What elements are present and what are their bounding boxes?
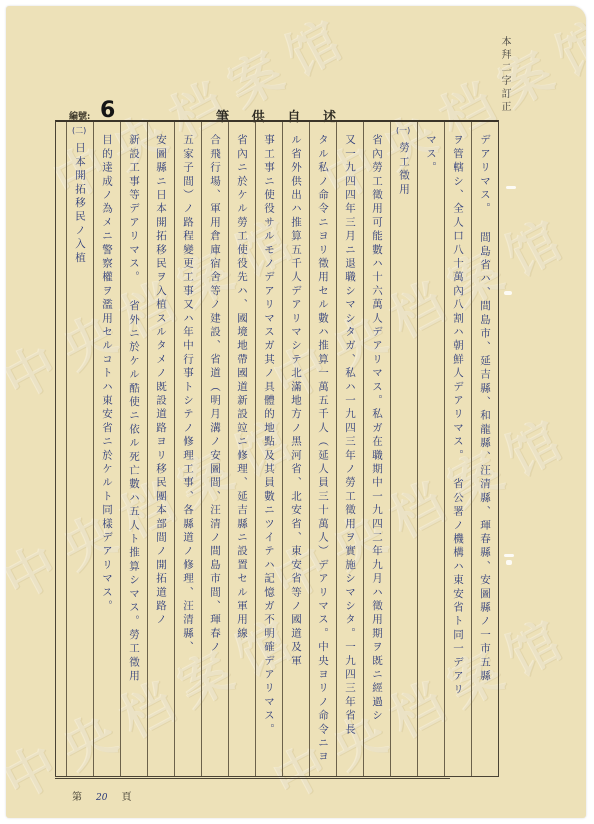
- document-sheet: 中央档案馆 中央档案馆 中央档案馆 中央档案馆 中央档案馆 中央档案馆 中央档案…: [6, 6, 586, 818]
- text-column: デアリマス。 間島省ハ、間島市、延吉縣、和龍縣、汪清縣、琿春縣、安圖縣ノ一市五縣: [471, 122, 498, 776]
- column-text: 省內勞工徵用可能數ハ十六萬人デアリマス。私ガ在職期中一九四二年九月ハ徵用期ヲ既ニ…: [364, 134, 390, 723]
- section-marker: (一): [396, 125, 410, 136]
- column-text: 新設工事等デアリマス。 省外ニ於ケル酷使ニ依ル死亡數ハ五人ト推算シマス。勞工徵用: [121, 134, 147, 684]
- text-column: ヲ管轄シ、全人口八十萬內八割ハ朝鮮人デアリマス。 省公署ノ機構ハ東安省ト同一デア…: [444, 122, 471, 776]
- text-column: 合飛行場、軍用倉庫宿舍等ノ建設、省道（明月溝ノ安圖間、汪清ノ間島市間、琿春ノ: [201, 122, 228, 776]
- column-text: 目的達成ノ為メニ警察權ヲ濫用セルコトハ東安省ニ於ケルト同樣デアリマス。: [94, 134, 120, 614]
- text-column: 事工事ニ使役サルモノデアリマスガ其ノ具體的地點及其員數ニツイテハ記憶ガ不明確デア…: [255, 122, 282, 776]
- corner-annotation: 本拜二字訂正: [497, 36, 512, 114]
- text-column: (一)勞工徵用: [390, 122, 417, 776]
- column-text: 又一九四四年三月ニ退職シマシタガ、私ハ一九四三年ノ勞工徵用ヲ實施シマシタ。一九四…: [337, 134, 363, 737]
- page-number: 20: [96, 793, 107, 803]
- bottom-rule: [55, 778, 450, 779]
- text-column: ル省外供出ハ推算五千人デアリマシテ北滿地方ノ黑河省、北安省、東安省等ノ國道及軍: [282, 122, 309, 776]
- column-text: 勞工徵用: [391, 142, 417, 197]
- page-prefix: 第: [72, 788, 82, 803]
- column-text: 省內ニ於ケル勞工使役先ハ、國境地帶國道新設竝ニ修理、延吉縣ニ設置セル軍用線: [229, 134, 255, 641]
- column-text: デアリマス。 間島省ハ、間島市、延吉縣、和龍縣、汪清縣、琿春縣、安圖縣ノ一市五縣: [472, 134, 498, 684]
- column-text: マス。: [418, 134, 444, 175]
- column-text: 事工事ニ使役サルモノデアリマスガ其ノ具體的地點及其員數ニツイテハ記憶ガ不明確デア…: [256, 134, 282, 737]
- text-column: 目的達成ノ為メニ警察權ヲ濫用セルコトハ東安省ニ於ケルト同樣デアリマス。: [93, 122, 120, 776]
- manuscript-grid: デアリマス。 間島省ハ、間島市、延吉縣、和龍縣、汪清縣、琿春縣、安圖縣ノ一市五縣…: [55, 120, 499, 777]
- page-suffix: 頁: [121, 788, 131, 803]
- text-column: 安圖縣ニ日本開拓移民ヲ入植スルタメノ既設道路ヨリ移民團本部間ノ開拓道路ノ: [147, 122, 174, 776]
- text-column: 新設工事等デアリマス。 省外ニ於ケル酷使ニ依ル死亡數ハ五人ト推算シマス。勞工徵用: [120, 122, 147, 776]
- column-text: ル省外供出ハ推算五千人デアリマシテ北滿地方ノ黑河省、北安省、東安省等ノ國道及軍: [283, 134, 309, 668]
- column-text: 五家子間）ノ路程變更工事又ハ年中行事トシテノ修理工事、各縣道ノ修理、汪清縣、: [175, 134, 201, 655]
- column-text: タル私ノ命令ニヨリ徵用セル數ハ推算一萬五千人（延人員三十萬人）デアリマス。中央ヨ…: [310, 134, 336, 764]
- text-column: 五家子間）ノ路程變更工事又ハ年中行事トシテノ修理工事、各縣道ノ修理、汪清縣、: [174, 122, 201, 776]
- column-text: ヲ管轄シ、全人口八十萬內八割ハ朝鮮人デアリマス。 省公署ノ機構ハ東安省ト同一デア…: [445, 134, 471, 697]
- column-text: 合飛行場、軍用倉庫宿舍等ノ建設、省道（明月溝ノ安圖間、汪清ノ間島市間、琿春ノ: [202, 134, 228, 655]
- column-text: 安圖縣ニ日本開拓移民ヲ入植スルタメノ既設道路ヨリ移民團本部間ノ開拓道路ノ: [148, 134, 174, 627]
- text-column: 省內ニ於ケル勞工使役先ハ、國境地帶國道新設竝ニ修理、延吉縣ニ設置セル軍用線: [228, 122, 255, 776]
- text-column: 省內勞工徵用可能數ハ十六萬人デアリマス。私ガ在職期中一九四二年九月ハ徵用期ヲ既ニ…: [363, 122, 390, 776]
- text-column: 又一九四四年三月ニ退職シマシタガ、私ハ一九四三年ノ勞工徵用ヲ實施シマシタ。一九四…: [336, 122, 363, 776]
- text-column: タル私ノ命令ニヨリ徵用セル數ハ推算一萬五千人（延人員三十萬人）デアリマス。中央ヨ…: [309, 122, 336, 776]
- empty-column: [56, 122, 83, 776]
- text-column: マス。: [417, 122, 444, 776]
- page-footer: 第 20 頁: [72, 788, 131, 803]
